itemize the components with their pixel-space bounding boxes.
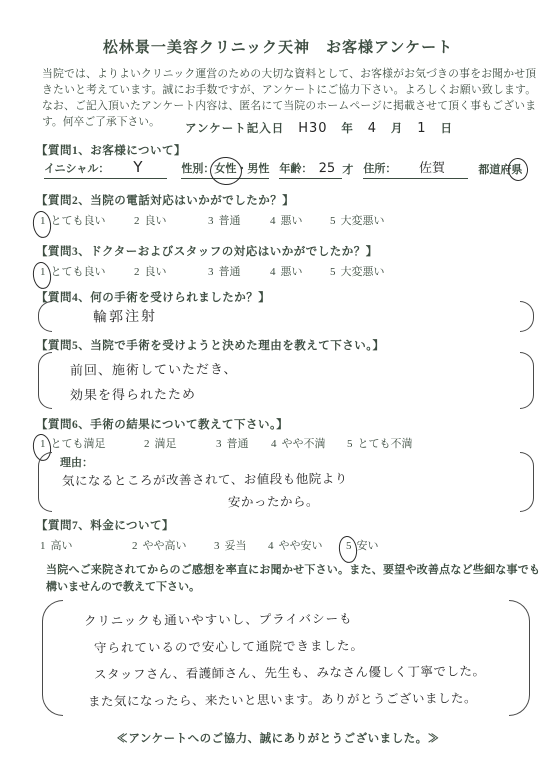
age-unit: 才: [342, 161, 353, 179]
date-month-unit: 月: [391, 123, 404, 135]
q6-option-4: 4やや不満: [269, 435, 345, 451]
date-label: アンケート記入日: [185, 123, 284, 135]
survey-sheet: 松林景一美容クリニック天神 お客様アンケート 当院では、よりよいクリニック運営の…: [0, 0, 556, 764]
q7-option-4: 4やや安い: [266, 537, 344, 553]
q6-option-3: 3普通: [214, 435, 269, 451]
q7-option-2-number: 2: [130, 540, 140, 552]
age-field: 年齢：25: [279, 160, 342, 179]
q3-option-3-number: 3: [206, 266, 216, 278]
q2-option-1: 1とても良い: [38, 212, 132, 228]
feedback-line-3: スタッフさん、看護師さん、先生も、みなさん優しく丁寧でした。: [94, 661, 486, 682]
address-field: 住所：佐賀: [363, 157, 468, 179]
q6-reason-label: 理由：: [60, 454, 93, 470]
feedback-line-4: また気になったら、来たいと思います。ありがとうございました。: [88, 688, 477, 709]
date-era-handwritten: H30: [298, 121, 327, 136]
q7-heading: 【質問7、料金について】: [36, 517, 546, 533]
q6-option-2: 2満足: [142, 435, 214, 451]
q5-answer-line-2: 効果を得られたため: [70, 383, 196, 403]
q6-reason-line-1: 気になるところが改善されて、お値段も他院より: [62, 469, 348, 489]
q7-options: 1高い 2やや高い 3妥当 4やや安い 5安い: [38, 537, 548, 553]
q7-option-3-number: 3: [212, 540, 222, 552]
page-title: 松林景一美容クリニック天神 お客様アンケート: [0, 36, 556, 57]
q5-answer-box: 前回、施術していただき、 効果を得られたため: [38, 352, 534, 409]
date-month-handwritten: 4: [368, 121, 377, 136]
q3-option-5-number: 5: [328, 266, 338, 278]
date-day-handwritten: 1: [417, 121, 426, 136]
q6-option-1-number: 1: [38, 438, 48, 450]
q2-options: 1とても良い 2良い 3普通 4悪い 5大変悪い: [38, 212, 548, 228]
q7-option-1-number: 1: [38, 540, 48, 552]
q7-option-4-number: 4: [266, 540, 276, 552]
q6-option-4-number: 4: [269, 438, 279, 450]
q1-heading: 【質問1、お客様について】: [36, 142, 546, 158]
footer-thanks: ≪アンケートへのご協力、誠にありがとうございました。≫: [0, 730, 556, 746]
q2-option-4-number: 4: [268, 215, 278, 227]
q2-option-5: 5大変悪い: [328, 212, 385, 228]
q2-option-2: 2良い: [132, 212, 206, 228]
q3-option-4-number: 4: [268, 266, 278, 278]
q2-heading: 【質問2、当院の電話対応はいかがでしたか？】: [36, 192, 546, 208]
q3-option-4: 4悪い: [268, 263, 328, 279]
q7-option-5: 5安い: [344, 537, 379, 553]
date-line: アンケート記入日 H30 年 4 月 1 日: [185, 120, 453, 136]
q2-option-2-number: 2: [132, 215, 142, 227]
date-day-unit: 日: [440, 123, 453, 135]
age-value-handwritten: 25: [312, 161, 342, 177]
q1-fields: イニシャル：Y 性別：女性・男性 年齢：25 才 住所：佐賀 都道府県: [44, 157, 542, 179]
q5-answer-line-1: 前回、施術していただき、: [70, 358, 238, 378]
gender-field: 性別：女性・男性: [181, 160, 269, 179]
q3-option-2-number: 2: [132, 266, 142, 278]
q6-option-5: 5とても不満: [345, 435, 413, 451]
feedback-answer-box: クリニックも通いやすいし、プライバシーも 守られているので安心して通院できました…: [42, 600, 530, 716]
prefecture-prefix: 都道府: [478, 164, 511, 176]
q3-heading: 【質問3、ドクターおよびスタッフの対応はいかがでしたか？】: [36, 243, 546, 259]
q6-options: 1とても満足 2満足 3普通 4やや不満 5とても不満: [38, 435, 548, 451]
q7-option-5-number: 5: [344, 540, 354, 552]
prefecture-suffix: 都道府県: [478, 161, 522, 179]
q4-answer-handwritten: 輪郭注射: [93, 305, 157, 326]
q3-option-3: 3普通: [206, 263, 268, 279]
q6-heading: 【質問6、手術の結果について教えて下さい。】: [36, 416, 546, 432]
feedback-line-1: クリニックも通いやすいし、プライバシーも: [84, 609, 353, 629]
feedback-line-2: 守られているので安心して通院できました。: [94, 636, 364, 656]
q3-option-1: 1とても良い: [38, 263, 132, 279]
q5-heading: 【質問5、当院で手術を受けようと決めた理由を教えて下さい。】: [36, 337, 546, 353]
q3-options: 1とても良い 2良い 3普通 4悪い 5大変悪い: [38, 263, 548, 279]
date-year-unit: 年: [341, 123, 354, 135]
q3-option-2: 2良い: [132, 263, 206, 279]
q2-option-4: 4悪い: [268, 212, 328, 228]
q2-option-1-number: 1: [38, 215, 48, 227]
q4-answer-box: 輪郭注射: [38, 301, 534, 332]
initial-value-handwritten: Y: [109, 157, 167, 176]
initial-field: イニシャル：Y: [44, 158, 167, 179]
feedback-prompt: 当院へご来院されてからのご感想を率直にお聞かせ下さい。また、要望や改善点など些細…: [46, 562, 540, 595]
q6-option-2-number: 2: [142, 438, 152, 450]
initial-label: イニシャル：: [44, 163, 109, 175]
q7-option-3: 3妥当: [212, 537, 266, 553]
age-label: 年齢：: [279, 163, 312, 175]
q2-option-5-number: 5: [328, 215, 338, 227]
address-label: 住所：: [363, 163, 396, 175]
prefecture-ken-circled: 県: [511, 161, 522, 177]
q6-reason-box: 理由： 気になるところが改善されて、お値段も他院より 安かったから。: [38, 452, 534, 512]
address-value-handwritten: 佐賀: [396, 157, 468, 177]
q6-option-3-number: 3: [214, 438, 224, 450]
q6-option-5-number: 5: [345, 438, 355, 450]
q6-option-1: 1とても満足: [38, 435, 142, 451]
q6-reason-line-2: 安かったから。: [228, 492, 319, 511]
q7-option-2: 2やや高い: [130, 537, 212, 553]
q2-option-3: 3普通: [206, 212, 268, 228]
gender-male: 男性: [247, 163, 269, 175]
q3-option-1-number: 1: [38, 266, 48, 278]
q7-option-1: 1高い: [38, 537, 130, 553]
gender-female-circled: 女性: [214, 160, 236, 176]
q2-option-3-number: 3: [206, 215, 216, 227]
q3-option-5: 5大変悪い: [328, 263, 385, 279]
